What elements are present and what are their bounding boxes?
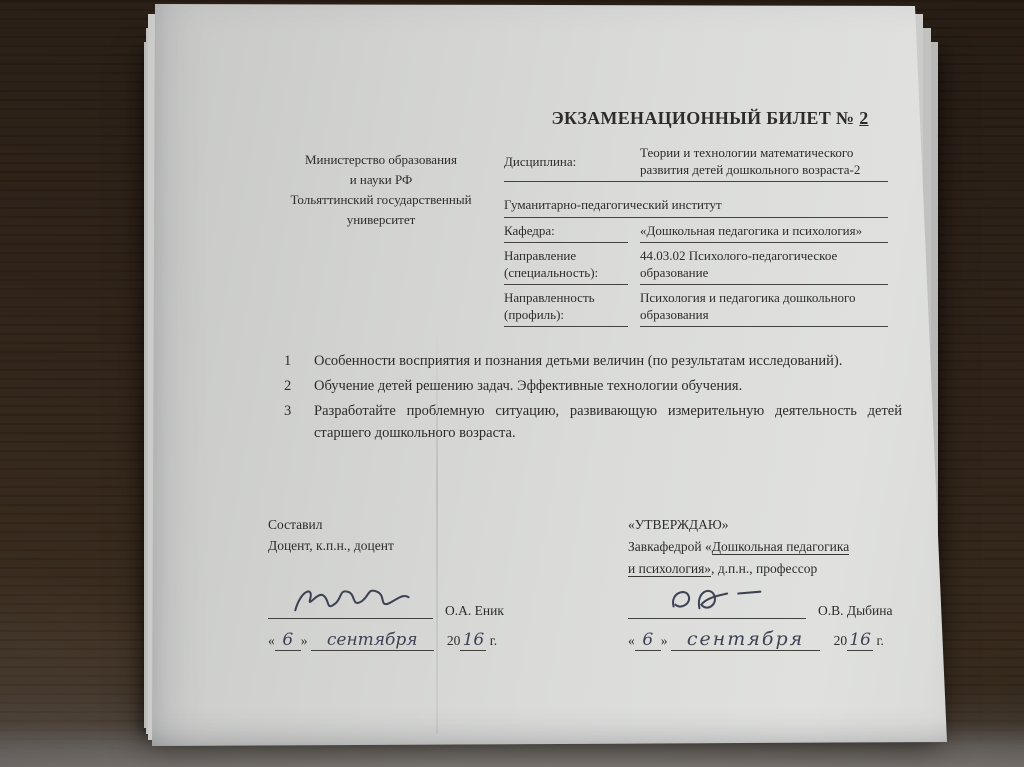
composer-signature-line <box>268 582 433 619</box>
open-quote: « <box>628 633 635 648</box>
approver-name: О.В. Дыбина <box>818 603 892 619</box>
composer-name: О.А. Еник <box>445 603 504 619</box>
department-label: Кафедра: <box>504 222 628 243</box>
question-item: 2 Обучение детей решению задач. Эффектив… <box>284 375 902 397</box>
question-number: 1 <box>284 350 314 372</box>
exam-title-number: 2 <box>859 108 868 128</box>
composer-date-line: «6» сентября 2016 г. <box>268 630 497 651</box>
question-number: 3 <box>284 400 314 444</box>
ministry-line: Министерство образования <box>290 150 472 170</box>
info-row-specialty: Направление (специальность): 44.03.02 Пс… <box>504 243 888 285</box>
composed-block: Составил Доцент, к.п.н., доцент <box>268 514 394 556</box>
profile-label: Направленность (профиль): <box>504 289 628 327</box>
composed-heading: Составил <box>268 514 394 535</box>
question-item: 3 Разработайте проблемную ситуацию, разв… <box>284 400 902 444</box>
approved-line-2: и психология», д.п.н., профессор <box>628 558 849 580</box>
profile-value: Психология и педагогика дошкольного обра… <box>640 289 888 327</box>
year-printed: 20 <box>447 633 461 648</box>
approved-heading: «УТВЕРЖДАЮ» <box>628 514 849 536</box>
approver-signature-row: О.В. Дыбина <box>628 582 892 619</box>
close-quote: » <box>661 633 668 648</box>
discipline-value: Теории и технологии математического разв… <box>640 144 888 178</box>
specialty-value: 44.03.02 Психолого-педагогическое образо… <box>640 247 888 285</box>
university-block: Министерство образования и науки РФ Толь… <box>290 150 472 230</box>
department-value: «Дошкольная педагогика и психология» <box>640 222 888 243</box>
info-table: Дисциплина: Теории и технологии математи… <box>504 144 888 327</box>
info-row-institute: Гуманитарно-педагогический институт <box>504 182 888 218</box>
exam-ticket-page: ЭКЗАМЕНАЦИОННЫЙ БИЛЕТ №2 Министерство об… <box>150 4 948 746</box>
close-quote: » <box>301 633 308 648</box>
ministry-line: Тольяттинский государственный <box>290 190 472 210</box>
year-era: г. <box>490 633 497 648</box>
year-printed: 20 <box>834 633 848 648</box>
exam-title: ЭКЗАМЕНАЦИОННЫЙ БИЛЕТ №2 <box>510 108 910 129</box>
question-text: Обучение детей решению задач. Эффективны… <box>314 375 902 397</box>
question-item: 1 Особенности восприятия и познания деть… <box>284 350 902 372</box>
ministry-line: университет <box>290 210 472 230</box>
questions-list: 1 Особенности восприятия и познания деть… <box>284 350 902 447</box>
ministry-line: и науки РФ <box>290 170 472 190</box>
approver-signature-line <box>628 582 806 619</box>
composed-position: Доцент, к.п.н., доцент <box>268 535 394 556</box>
approved-department-name-2: и психология» <box>628 561 711 577</box>
approved-suffix: , д.п.н., профессор <box>711 561 817 576</box>
info-row-department: Кафедра: «Дошкольная педагогика и психол… <box>504 218 888 243</box>
question-number: 2 <box>284 375 314 397</box>
handwritten-day: 6 <box>635 630 661 651</box>
handwritten-year: 16 <box>847 630 873 651</box>
question-text: Разработайте проблемную ситуацию, развив… <box>314 400 902 444</box>
approved-line-1: Завкафедрой «Дошкольная педагогика <box>628 536 849 558</box>
handwritten-month: сентября <box>311 630 434 651</box>
handwritten-month: сентября <box>671 628 820 651</box>
info-row-profile: Направленность (профиль): Психология и п… <box>504 285 888 327</box>
question-text: Особенности восприятия и познания детьми… <box>314 350 902 372</box>
approved-block: «УТВЕРЖДАЮ» Завкафедрой «Дошкольная педа… <box>628 514 849 580</box>
composer-handwritten-signature-icon <box>286 582 416 618</box>
open-quote: « <box>268 633 275 648</box>
handwritten-day: 6 <box>275 630 301 651</box>
approver-handwritten-signature-icon <box>657 582 777 618</box>
info-row-discipline: Дисциплина: Теории и технологии математи… <box>504 144 888 182</box>
handwritten-year: 16 <box>460 630 486 651</box>
approved-prefix: Завкафедрой « <box>628 539 712 554</box>
composer-signature-row: О.А. Еник <box>268 582 504 619</box>
exam-title-text: ЭКЗАМЕНАЦИОННЫЙ БИЛЕТ № <box>551 108 854 128</box>
discipline-label: Дисциплина: <box>504 153 628 170</box>
specialty-label: Направление (специальность): <box>504 247 628 285</box>
year-era: г. <box>876 633 883 648</box>
approved-department-name-1: Дошкольная педагогика <box>712 539 849 555</box>
approver-date-line: «6» сентября 2016 г. <box>628 628 884 651</box>
